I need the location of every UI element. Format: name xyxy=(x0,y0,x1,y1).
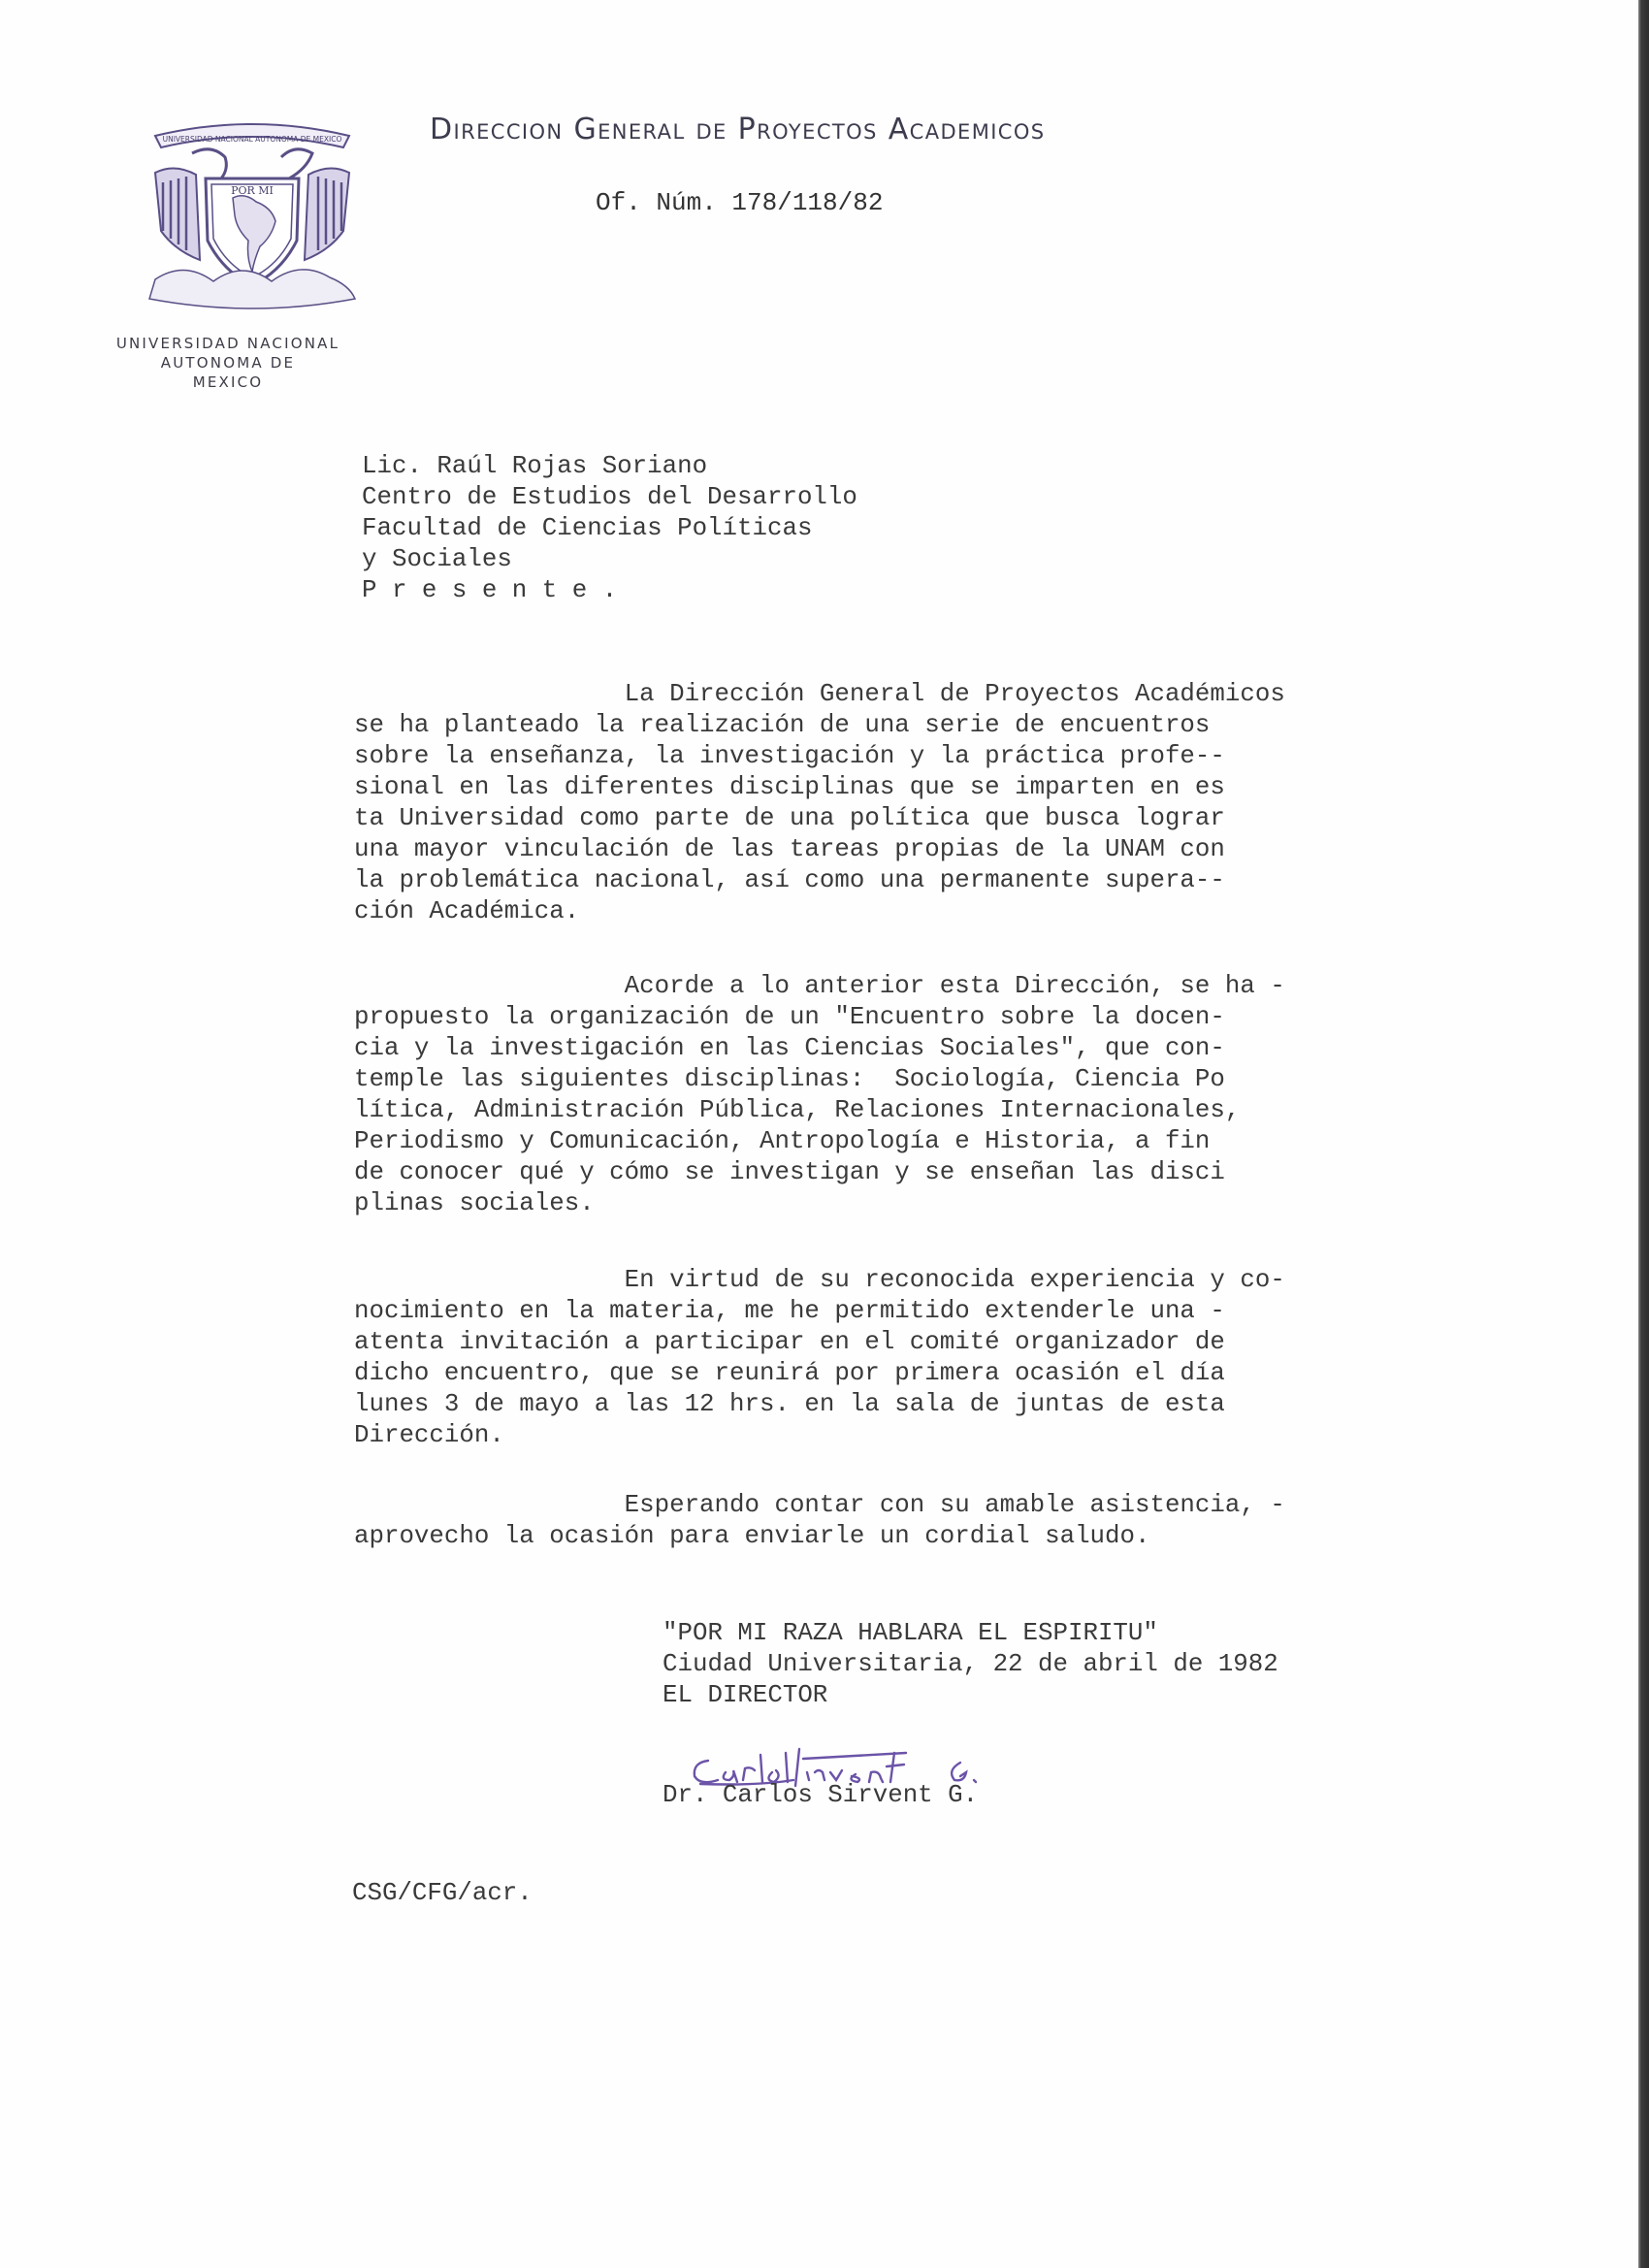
body-paragraph-1: La Dirección General de Proyectos Académ… xyxy=(354,679,1285,927)
body-line: cia y la investigación en las Ciencias S… xyxy=(354,1033,1285,1064)
addressee-line: Lic. Raúl Rojas Soriano xyxy=(362,451,857,482)
body-line: En virtud de su reconocida experiencia y… xyxy=(354,1265,1285,1296)
body-line: lunes 3 de mayo a las 12 hrs. en la sala… xyxy=(354,1389,1285,1420)
body-line: sobre la enseñanza, la investigación y l… xyxy=(354,741,1285,772)
addressee-line: P r e s e n t e . xyxy=(362,575,857,606)
body-line: una mayor vinculación de las tareas prop… xyxy=(354,834,1285,865)
addressee-block: Lic. Raúl Rojas SorianoCentro de Estudio… xyxy=(362,451,857,606)
body-line: se ha planteado la realización de una se… xyxy=(354,710,1285,741)
body-line: lítica, Administración Pública, Relacion… xyxy=(354,1095,1285,1126)
university-name-line: UNIVERSIDAD NACIONAL xyxy=(78,334,378,353)
body-line: Dirección. xyxy=(354,1420,1285,1451)
body-paragraph-2: Acorde a lo anterior esta Dirección, se … xyxy=(354,971,1285,1219)
body-line: Acorde a lo anterior esta Dirección, se … xyxy=(354,971,1285,1002)
body-line: La Dirección General de Proyectos Académ… xyxy=(354,679,1285,710)
body-line: dicho encuentro, que se reunirá por prim… xyxy=(354,1358,1285,1389)
body-line: plinas sociales. xyxy=(354,1188,1285,1219)
body-line: nocimiento en la materia, me he permitid… xyxy=(354,1296,1285,1327)
body-paragraph-3: En virtud de su reconocida experiencia y… xyxy=(354,1265,1285,1451)
body-line: atenta invitación a participar en el com… xyxy=(354,1327,1285,1358)
body-paragraph-4: Esperando contar con su amable asistenci… xyxy=(354,1490,1285,1552)
body-line: ción Académica. xyxy=(354,896,1285,927)
unam-seal-icon: POR MI UNIVERSIDAD NACIONAL AUTONOMA DE … xyxy=(136,114,369,318)
reference-initials: CSG/CFG/acr. xyxy=(352,1879,533,1907)
scanner-edge xyxy=(1638,0,1649,2268)
body-line: sional en las diferentes disciplinas que… xyxy=(354,772,1285,803)
university-name-line: MEXICO xyxy=(78,373,378,392)
letterhead-department: Direccion General de Proyectos Academico… xyxy=(430,113,1046,146)
reference-number: Of. Núm. 178/118/82 xyxy=(596,188,883,217)
university-name-line: AUTONOMA DE xyxy=(78,353,378,373)
body-line: de conocer qué y cómo se investigan y se… xyxy=(354,1157,1285,1188)
body-line: Esperando contar con su amable asistenci… xyxy=(354,1490,1285,1521)
body-line: Periodismo y Comunicación, Antropología … xyxy=(354,1126,1285,1157)
svg-text:UNIVERSIDAD NACIONAL AUTONOMA: UNIVERSIDAD NACIONAL AUTONOMA DE MEXICO xyxy=(163,135,342,144)
body-line: la problemática nacional, así como una p… xyxy=(354,865,1285,896)
body-line: aprovecho la ocasión para enviarle un co… xyxy=(354,1521,1285,1552)
addressee-line: Centro de Estudios del Desarrollo xyxy=(362,482,857,513)
body-line: ta Universidad como parte de una polític… xyxy=(354,803,1285,834)
university-name: UNIVERSIDAD NACIONAL AUTONOMA DE MEXICO xyxy=(78,334,378,392)
body-line: propuesto la organización de un "Encuent… xyxy=(354,1002,1285,1033)
signer-name: Dr. Carlos Sirvent G. xyxy=(663,1781,978,1809)
place-date: Ciudad Universitaria, 22 de abril de 198… xyxy=(663,1649,1278,1680)
svg-text:POR MI: POR MI xyxy=(231,184,274,197)
addressee-line: y Sociales xyxy=(362,544,857,575)
closing-motto: "POR MI RAZA HABLARA EL ESPIRITU" xyxy=(663,1618,1278,1649)
body-line: temple las siguientes disciplinas: Socio… xyxy=(354,1064,1285,1095)
addressee-line: Facultad de Ciencias Políticas xyxy=(362,513,857,544)
signer-title: EL DIRECTOR xyxy=(663,1680,1278,1711)
closing-block: "POR MI RAZA HABLARA EL ESPIRITU"Ciudad … xyxy=(663,1618,1278,1711)
